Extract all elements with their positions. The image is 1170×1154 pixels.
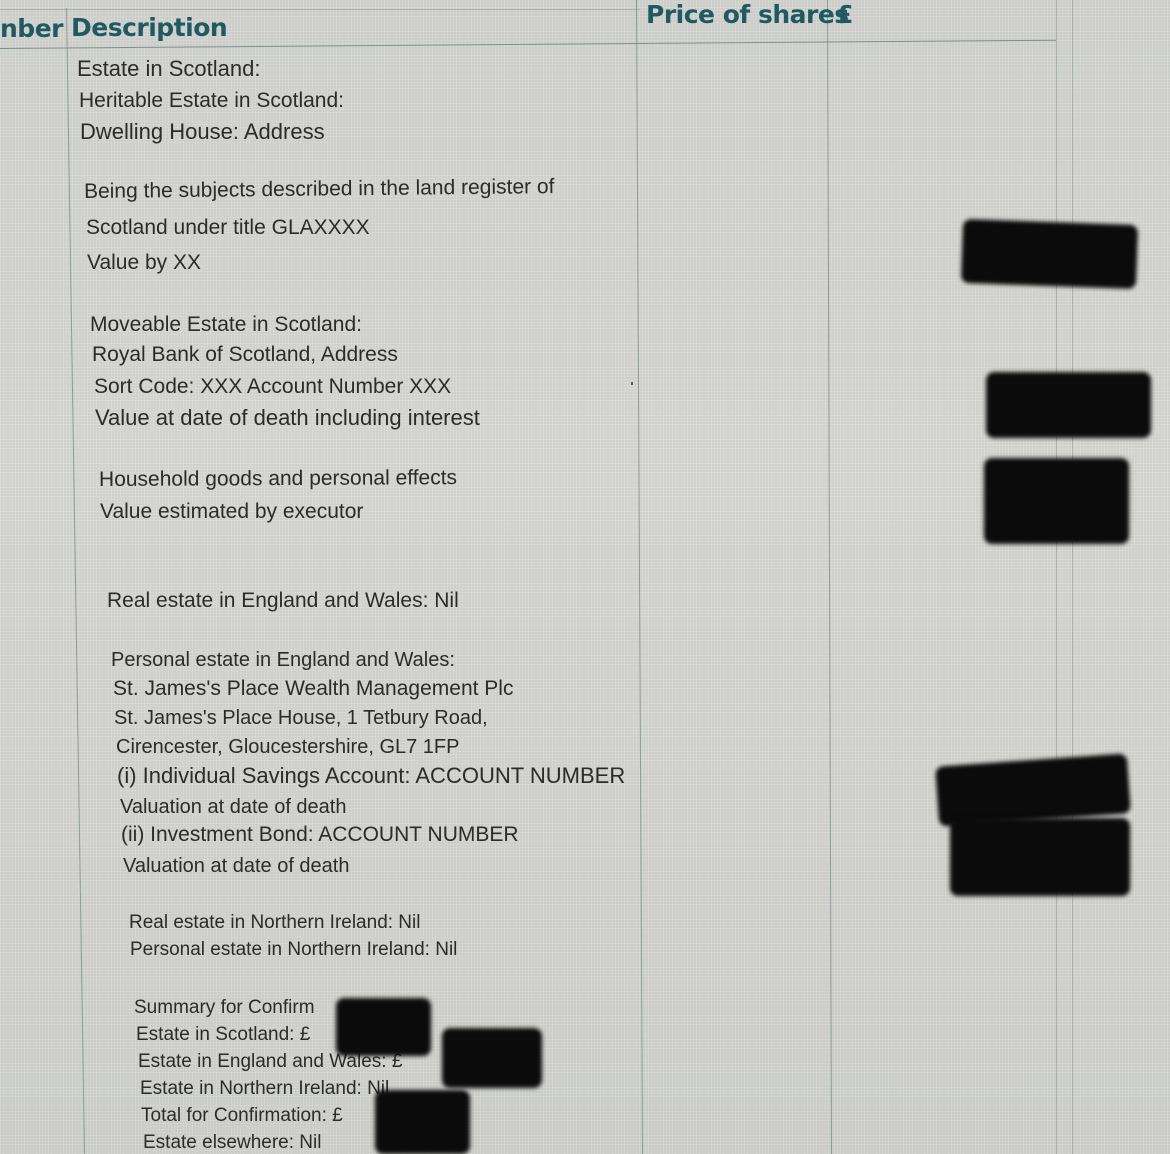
desc-sort-code: Sort Code: XXX Account Number XXX (94, 375, 451, 399)
desc-valuation-1: Valuation at date of death (120, 796, 346, 819)
column-divider (636, 0, 643, 1154)
desc-cirencester: Cirencester, Gloucestershire, GL7 1FP (116, 736, 459, 759)
desc-isa: (i) Individual Savings Account: ACCOUNT … (117, 763, 625, 789)
desc-moveable: Moveable Estate in Scotland: (90, 313, 362, 337)
column-header-description: Description (71, 13, 227, 42)
desc-real-ni: Real estate in Northern Ireland: Nil (129, 912, 420, 934)
redacted-value (986, 372, 1151, 438)
summary-title: Summary for Confirm (134, 997, 315, 1019)
desc-estate-scotland: Estate in Scotland: (77, 56, 260, 82)
document-photo: nber Description Price of shares £ Estat… (0, 0, 1170, 1154)
redacted-value (442, 1028, 542, 1088)
desc-rbs: Royal Bank of Scotland, Address (92, 343, 398, 367)
redacted-value (961, 219, 1138, 289)
column-header-value: £ (836, 0, 853, 29)
column-divider (1072, 0, 1073, 1154)
desc-value-estimated: Value estimated by executor (100, 500, 363, 524)
redacted-value (375, 1090, 470, 1154)
desc-subjects-2: Scotland under title GLAXXXX (86, 216, 370, 240)
column-divider (1056, 0, 1057, 1154)
desc-subjects-1: Being the subjects described in the land… (84, 175, 555, 204)
desc-personal-ni: Personal estate in Northern Ireland: Nil (130, 939, 457, 961)
desc-bond: (ii) Investment Bond: ACCOUNT NUMBER (121, 823, 519, 847)
stray-mark (631, 382, 633, 385)
column-divider (66, 8, 85, 1154)
desc-sjp: St. James's Place Wealth Management Plc (113, 677, 513, 701)
desc-personal-ew: Personal estate in England and Wales: (111, 649, 455, 672)
column-divider (827, 0, 832, 1154)
summary-total: Total for Confirmation: £ (141, 1105, 343, 1127)
desc-real-ew: Real estate in England and Wales: Nil (107, 589, 459, 613)
desc-value-dod-interest: Value at date of death including interes… (95, 405, 480, 431)
desc-heritable: Heritable Estate in Scotland: (79, 89, 344, 113)
top-border (0, 9, 640, 10)
redacted-value (336, 998, 431, 1056)
summary-scotland: Estate in Scotland: £ (136, 1024, 310, 1046)
summary-northern-ireland: Estate in Northern Ireland: Nil (140, 1078, 389, 1100)
desc-sjp-house: St. James's Place House, 1 Tetbury Road, (114, 707, 488, 730)
redacted-value (935, 753, 1131, 826)
desc-valuation-2: Valuation at date of death (123, 855, 349, 878)
redacted-value (950, 818, 1130, 896)
desc-value-by: Value by XX (87, 251, 201, 275)
redacted-value (984, 458, 1129, 544)
desc-dwelling: Dwelling House: Address (80, 119, 325, 145)
summary-elsewhere: Estate elsewhere: Nil (143, 1132, 321, 1154)
column-header-price-of-shares: Price of shares (646, 0, 849, 29)
desc-household: Household goods and personal effects (99, 466, 457, 492)
column-header-number: nber (0, 14, 63, 43)
